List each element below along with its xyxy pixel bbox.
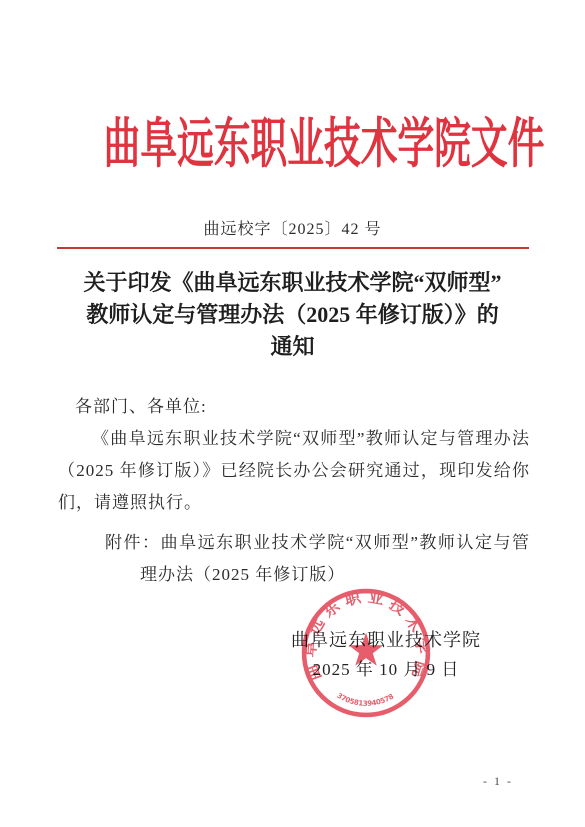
page-number: - 1 - bbox=[483, 774, 513, 789]
salutation: 各部门、各单位: bbox=[58, 391, 530, 423]
red-banner-header: 曲阜远东职业技术学院文件 bbox=[0, 0, 585, 172]
notice-title: 关于印发《曲阜远东职业技术学院“双师型” 教师认定与管理办法（2025 年修订版… bbox=[0, 267, 585, 363]
document-number: 曲远校字〔2025〕42 号 bbox=[0, 216, 585, 239]
signer-name: 曲阜远东职业技术学院 bbox=[291, 625, 481, 655]
signature-block: 曲阜远东职业技术学院 2025 年 10 月 9 日 bbox=[291, 625, 481, 685]
document-body: 各部门、各单位: 《曲阜远东职业技术学院“双师型”教师认定与管理办法（2025 … bbox=[58, 391, 530, 519]
notice-title-line-3: 通知 bbox=[0, 331, 585, 363]
institution-banner-title: 曲阜远东职业技术学院文件 bbox=[104, 116, 545, 172]
signature-date: 2025 年 10 月 9 日 bbox=[291, 655, 481, 685]
body-paragraph: 《曲阜远东职业技术学院“双师型”教师认定与管理办法（2025 年修订版）》已经院… bbox=[58, 423, 530, 519]
seal-serial-holder: 3705813940578 bbox=[335, 691, 395, 708]
attachment-text: 曲阜远东职业技术学院“双师型”教师认定与管理办法（2025 年修订版） bbox=[140, 533, 530, 584]
seal-serial-number: 3705813940578 bbox=[335, 691, 395, 708]
red-divider-line bbox=[57, 247, 529, 249]
attachment-label: 附件： bbox=[105, 533, 161, 552]
document-page: 曲阜远东职业技术学院文件 曲远校字〔2025〕42 号 关于印发《曲阜远东职业技… bbox=[0, 0, 585, 827]
notice-title-line-1: 关于印发《曲阜远东职业技术学院“双师型” bbox=[0, 267, 585, 299]
attachment-note: 附件：曲阜远东职业技术学院“双师型”教师认定与管理办法（2025 年修订版） bbox=[58, 527, 530, 591]
notice-title-line-2: 教师认定与管理办法（2025 年修订版）》的 bbox=[0, 299, 585, 331]
